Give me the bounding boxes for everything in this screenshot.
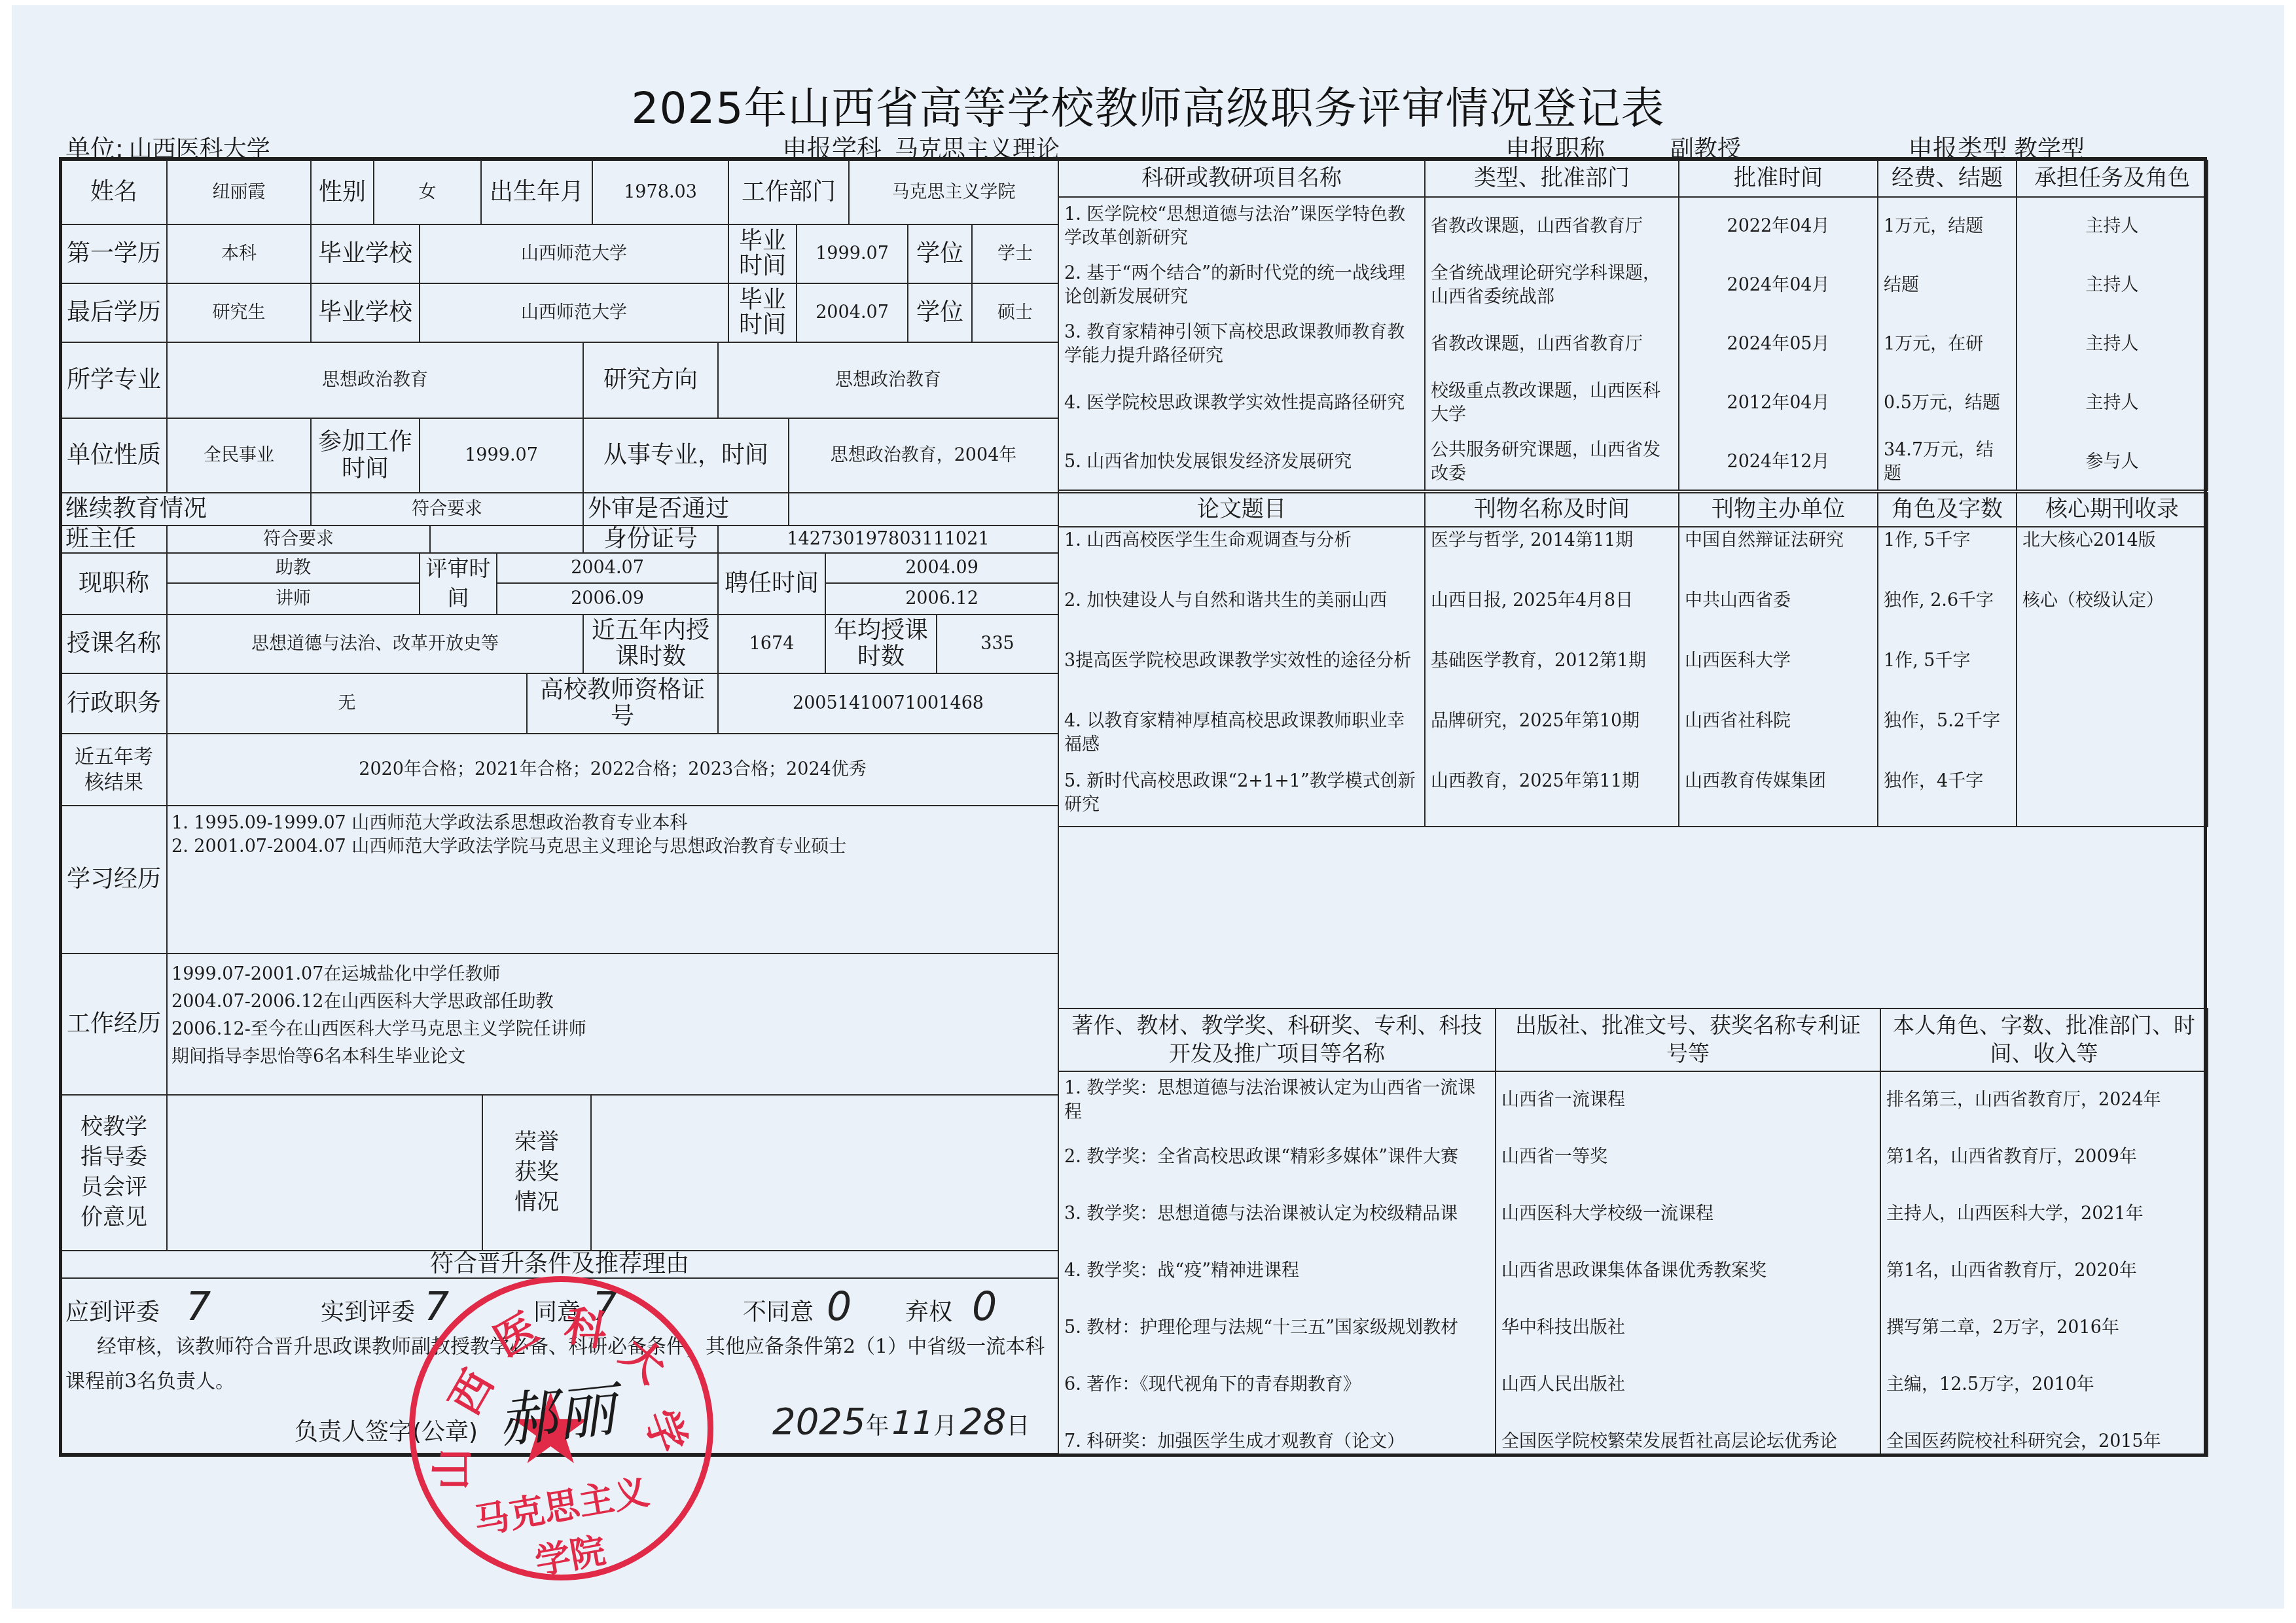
title-2-review: 2006.09 — [496, 582, 719, 615]
birth-label: 出生年月 — [480, 160, 593, 225]
first-grad-time-value: 1999.07 — [796, 224, 908, 284]
works-cell: 1. 教学奖：思想道德与法治课被认定为山西省一流课程 — [1060, 1073, 1494, 1128]
papers-cell: 3提高医学院校思政课教学实效性的途径分析 — [1060, 649, 1423, 705]
projects-cell: 2024年04月 — [1681, 258, 1876, 313]
projects-cell: 2022年04月 — [1681, 199, 1876, 254]
projects-cell: 结题 — [1880, 258, 2015, 313]
works-header: 出版社、批准文号、获奖名称专利证号等 — [1495, 1008, 1881, 1072]
seal-char: 医 — [481, 1295, 547, 1368]
avg-hours-value: 335 — [936, 614, 1059, 674]
current-title-label: 现职称 — [60, 552, 168, 615]
gender-label: 性别 — [310, 160, 374, 225]
apply-title-value: 副教授 — [1670, 136, 1741, 163]
abstain-label: 弃权 — [905, 1299, 952, 1326]
projects-cell: 5. 山西省加快发展银发经济发展研究 — [1060, 435, 1423, 490]
cont-edu-label: 继续教育情况 — [60, 492, 312, 526]
projects-cell: 主持人 — [2018, 317, 2206, 372]
works-cell: 山西省一等奖 — [1498, 1130, 1878, 1185]
honor-label: 荣誉获奖情况 — [482, 1094, 592, 1251]
external-review-value — [788, 492, 1059, 526]
last-edu-value: 研究生 — [166, 283, 312, 343]
papers-cell: 品牌研究，2025年第10期 — [1427, 709, 1677, 766]
projects-cell: 2012年04月 — [1681, 376, 1876, 431]
disagree-count: 0 — [827, 1284, 852, 1330]
apply-title-field: 申报职称副教授 — [1505, 128, 1741, 164]
papers-cell — [2018, 770, 2206, 826]
papers-header: 核心期刊收录 — [2016, 492, 2208, 527]
apply-type-field: 申报类型教学型 — [1908, 128, 2085, 164]
papers-header: 刊物主办单位 — [1678, 492, 1878, 527]
projects-cell: 2. 基于“两个结合”的新时代党的统一战线理论创新发展研究 — [1060, 258, 1423, 313]
projects-header: 批准时间 — [1678, 160, 1878, 198]
first-edu-value: 本科 — [166, 224, 312, 284]
works-cell: 华中科技出版社 — [1498, 1301, 1878, 1355]
five-year-hours-value: 1674 — [717, 614, 826, 674]
first-grad-time-label: 毕业时间 — [728, 224, 797, 284]
projects-cell: 校级重点教改课题，山西医科大学 — [1427, 376, 1677, 431]
seal-char: 西 — [432, 1357, 505, 1423]
five-year-hours-label: 近五年内授课时数 — [583, 614, 719, 674]
date-year: 2025 — [772, 1400, 866, 1443]
title-1-review: 2004.07 — [496, 552, 719, 584]
study-list: 1. 1995.09-1999.07 山西师范大学政法系思想政治教育专业本科 2… — [166, 805, 1059, 954]
title-1-hire: 2004.09 — [825, 552, 1059, 584]
papers-cell: 医学与哲学, 2014第11期 — [1427, 529, 1677, 585]
papers-cell: 5. 新时代高校思政课“2+1+1”教学模式创新研究 — [1060, 770, 1423, 826]
id-label: 身份证号 — [583, 525, 719, 554]
projects-cell: 1万元，在研 — [1880, 317, 2015, 372]
gender-value: 女 — [373, 160, 482, 225]
papers-cell: 1作, 5千字 — [1880, 529, 2015, 585]
last-degree-value: 硕士 — [971, 283, 1059, 343]
projects-cell: 主持人 — [2018, 199, 2206, 254]
works-cell: 3. 教学奖：思想道德与法治课被认定为校级精品课 — [1060, 1187, 1494, 1241]
works-cell: 7. 科研奖：加强医学生成才观教育（论文） — [1060, 1415, 1494, 1469]
cert-label: 高校教师资格证号 — [526, 673, 719, 734]
research-value: 思想政治教育 — [717, 342, 1059, 419]
projects-header: 承担任务及角色 — [2016, 160, 2208, 198]
projects-cell: 3. 教育家精神引领下高校思政课教师教育教学能力提升路径研究 — [1060, 317, 1423, 372]
unit-label: 单位: — [65, 134, 124, 163]
works-cell: 第1名，山西省教育厅，2020年 — [1882, 1244, 2206, 1298]
title-2-hire: 2006.12 — [825, 582, 1059, 615]
abstain-count: 0 — [972, 1284, 997, 1330]
name-value: 纽丽霞 — [166, 160, 312, 225]
major-value: 思想政治教育 — [166, 342, 584, 419]
admin-value: 无 — [166, 673, 528, 734]
profession-label: 从事专业，时间 — [583, 418, 789, 493]
seal-char: 科 — [560, 1292, 612, 1359]
abstain: 弃权0 — [905, 1284, 997, 1330]
work-list: 1999.07-2001.07在运城盐化中学任教师 2004.07-2006.1… — [166, 953, 1059, 1096]
should-attend: 应到评委7 — [65, 1284, 211, 1330]
first-school-label: 毕业学校 — [310, 224, 420, 284]
date-month: 11 — [892, 1404, 934, 1442]
seal-char: 学 — [633, 1400, 704, 1460]
projects-cell: 公共服务研究课题，山西省发改委 — [1427, 435, 1677, 490]
papers-cell: 4. 以教育家精神厚植高校思政课教师职业幸福感 — [1060, 709, 1423, 766]
review-time-label: 评审时间 — [419, 552, 497, 615]
id-value: 142730197803111021 — [717, 525, 1059, 554]
recommendation-header: 符合晋升条件及推荐理由 — [60, 1250, 1059, 1279]
last-grad-time-value: 2004.07 — [796, 283, 908, 343]
projects-cell: 参与人 — [2018, 435, 2206, 490]
committee-value — [166, 1094, 483, 1251]
last-school-value: 山西师范大学 — [419, 283, 729, 343]
attended: 实到评委7 — [321, 1284, 449, 1330]
first-edu-label: 第一学历 — [60, 224, 168, 284]
first-degree-value: 学士 — [971, 224, 1059, 284]
works-cell: 5. 教材：护理伦理与法规“十三五”国家级规划教材 — [1060, 1301, 1494, 1355]
papers-cell: 山西日报, 2025年4月8日 — [1427, 589, 1677, 645]
work-item: 2004.07-2006.12在山西医科大学思政部任助教 — [171, 988, 586, 1016]
papers-cell: 中国自然辩证法研究 — [1681, 529, 1876, 585]
month-char: 月 — [933, 1413, 957, 1440]
admin-label: 行政职务 — [60, 673, 168, 734]
works-cell: 全国医药院校社科研究会，2015年 — [1882, 1415, 2206, 1469]
papers-cell: 山西医科大学 — [1681, 649, 1876, 705]
subject-field: 申报学科马克思主义理论 — [782, 128, 1060, 164]
projects-cell: 2024年05月 — [1681, 317, 1876, 372]
papers-cell: 山西教育，2025年第11期 — [1427, 770, 1677, 826]
projects-header: 类型、批准部门 — [1424, 160, 1679, 198]
papers-cell: 2. 加快建设人与自然和谐共生的美丽山西 — [1060, 589, 1423, 645]
course-value: 思想道德与法治、改革开放史等 — [166, 614, 584, 674]
unit-field: 单位:山西医科大学 — [65, 128, 270, 164]
projects-header: 科研或教研项目名称 — [1058, 160, 1426, 198]
name-label: 姓名 — [60, 160, 168, 225]
seal-char: 大 — [610, 1321, 681, 1395]
sign-date: 2025年11月28日 — [772, 1400, 1030, 1443]
work-start-label: 参加工作时间 — [310, 418, 420, 493]
signature: 郝丽 — [493, 1362, 620, 1459]
head-teacher-blank — [429, 525, 584, 554]
projects-cell: 1万元，结题 — [1880, 199, 2015, 254]
year-char: 年 — [866, 1413, 889, 1440]
first-school-value: 山西师范大学 — [419, 224, 729, 284]
works-cell: 山西省思政课集体备课优秀教案奖 — [1498, 1244, 1878, 1298]
seal-char: 山 — [419, 1448, 479, 1490]
assessment-label: 近五年考核结果 — [60, 733, 168, 806]
disagree: 不同意0 — [743, 1284, 852, 1330]
papers-cell: 中共山西省委 — [1681, 589, 1876, 645]
study-label: 学习经历 — [60, 805, 168, 954]
disagree-label: 不同意 — [743, 1299, 814, 1326]
committee-label: 校教学指导委员会评价意见 — [60, 1094, 168, 1251]
date-day: 28 — [960, 1400, 1006, 1443]
last-edu-label: 最后学历 — [60, 283, 168, 343]
papers-cell: 独作，4千字 — [1880, 770, 2015, 826]
projects-cell: 4. 医学院校思政课教学实效性提高路径研究 — [1060, 376, 1423, 431]
page-title: 2025年山西省高等学校教师高级职务评审情况登记表 — [0, 73, 2296, 135]
should-attend-count: 7 — [186, 1284, 211, 1330]
papers-cell: 1作, 5千字 — [1880, 649, 2015, 705]
work-start-value: 1999.07 — [419, 418, 584, 493]
works-cell: 2. 教学奖：全省高校思政课“精彩多媒体”课件大赛 — [1060, 1130, 1494, 1185]
works-cell: 主持人，山西医科大学，2021年 — [1882, 1187, 2206, 1241]
projects-cell: 全省统战理论研究学科课题，山西省委统战部 — [1427, 258, 1677, 313]
projects-cell: 主持人 — [2018, 376, 2206, 431]
works-cell: 全国医学院校繁荣发展哲社高层论坛优秀论 — [1498, 1415, 1878, 1469]
unit-nature-value: 全民事业 — [166, 418, 312, 493]
apply-type-label: 申报类型 — [1908, 134, 2007, 163]
papers-cell — [2018, 649, 2206, 705]
first-degree-label: 学位 — [907, 224, 973, 284]
subject-label: 申报学科 — [782, 134, 882, 163]
works-header: 本人角色、字数、批准部门、时间、收入等 — [1880, 1008, 2208, 1072]
major-label: 所学专业 — [60, 342, 168, 419]
research-label: 研究方向 — [583, 342, 719, 419]
projects-cell: 1. 医学院校“思想道德与法治”课医学特色教学改革创新研究 — [1060, 199, 1423, 254]
works-header: 著作、教材、教学奖、科研奖、专利、科技开发及推广项目等名称 — [1058, 1008, 1496, 1072]
papers-header: 角色及字数 — [1877, 492, 2017, 527]
apply-title-label: 申报职称 — [1505, 134, 1605, 163]
day-char: 日 — [1006, 1413, 1030, 1440]
projects-cell: 2024年12月 — [1681, 435, 1876, 490]
should-attend-label: 应到评委 — [65, 1299, 160, 1326]
papers-cell: 山西省社科院 — [1681, 709, 1876, 766]
works-cell: 6. 著作：《现代视角下的青春期教育》 — [1060, 1358, 1494, 1412]
avg-hours-label: 年均授课时数 — [825, 614, 937, 674]
works-cell: 山西人民出版社 — [1498, 1358, 1878, 1412]
work-item: 2006.12-至今在山西医科大学马克思主义学院任讲师 — [171, 1016, 586, 1043]
papers-cell: 独作, 2.6千字 — [1880, 589, 2015, 645]
cont-edu-value: 符合要求 — [310, 492, 584, 526]
projects-cell: 主持人 — [2018, 258, 2206, 313]
papers-cell: 独作，5.2千字 — [1880, 709, 2015, 766]
honor-value — [590, 1094, 1059, 1251]
attended-count: 7 — [424, 1284, 449, 1330]
projects-cell: 省教改课题，山西省教育厅 — [1427, 317, 1677, 372]
work-item: 期间指导李思怡等6名本科生毕业论文 — [171, 1043, 586, 1071]
papers-header: 刊物名称及时间 — [1424, 492, 1679, 527]
assessment-value: 2020年合格；2021年合格；2022合格；2023合格；2024优秀 — [166, 733, 1059, 806]
title-1-name: 助教 — [166, 552, 420, 584]
works-cell: 主编，12.5万字，2010年 — [1882, 1358, 2206, 1412]
last-grad-time-label: 毕业时间 — [728, 283, 797, 343]
papers-header: 论文题目 — [1058, 492, 1426, 527]
study-item: 2. 2001.07-2004.07 山西师范大学政法学院马克思主义理论与思想政… — [171, 835, 846, 859]
papers-cell: 山西教育传媒集团 — [1681, 770, 1876, 826]
study-item: 1. 1995.09-1999.07 山西师范大学政法系思想政治教育专业本科 — [171, 811, 846, 835]
works-cell: 4. 教学奖：战“疫”精神进课程 — [1060, 1244, 1494, 1298]
papers-cell: 1. 山西高校医学生生命观调查与分析 — [1060, 529, 1423, 585]
dept-value: 马克思主义学院 — [848, 160, 1059, 225]
birth-value: 1978.03 — [592, 160, 729, 225]
apply-type-value: 教学型 — [2014, 136, 2085, 163]
last-school-label: 毕业学校 — [310, 283, 420, 343]
dept-label: 工作部门 — [728, 160, 850, 225]
profession-value: 思想政治教育，2004年 — [788, 418, 1059, 493]
work-label: 工作经历 — [60, 953, 168, 1096]
attended-label: 实到评委 — [321, 1299, 415, 1326]
title-2-name: 讲师 — [166, 582, 420, 615]
external-review-label: 外审是否通过 — [583, 492, 789, 526]
works-cell: 排名第三，山西省教育厅，2024年 — [1882, 1073, 2206, 1128]
unit-value: 山西医科大学 — [129, 136, 270, 163]
work-item: 1999.07-2001.07在运城盐化中学任教师 — [171, 961, 586, 988]
papers-cell: 基础医学教育，2012第1期 — [1427, 649, 1677, 705]
papers-cell: 北大核心2014版 — [2018, 529, 2206, 585]
hire-time-label: 聘任时间 — [717, 552, 826, 615]
unit-nature-label: 单位性质 — [60, 418, 168, 493]
projects-cell: 0.5万元，结题 — [1880, 376, 2015, 431]
works-cell: 山西医科大学校级一流课程 — [1498, 1187, 1878, 1241]
projects-cell: 34.7万元，结题 — [1880, 435, 2015, 490]
papers-cell: 核心（校级认定） — [2018, 589, 2206, 645]
head-teacher-label: 班主任 — [60, 525, 168, 554]
works-cell: 山西省一流课程 — [1498, 1073, 1878, 1128]
projects-cell: 省教改课题，山西省教育厅 — [1427, 199, 1677, 254]
projects-header: 经费、结题 — [1877, 160, 2017, 198]
works-cell: 第1名，山西省教育厅，2009年 — [1882, 1130, 2206, 1185]
works-cell: 撰写第二章，2万字，2016年 — [1882, 1301, 2206, 1355]
last-degree-label: 学位 — [907, 283, 973, 343]
subject-value: 马克思主义理论 — [895, 136, 1060, 163]
course-label: 授课名称 — [60, 614, 168, 674]
cert-value: 20051410071001468 — [717, 673, 1059, 734]
head-teacher-value: 符合要求 — [166, 525, 431, 554]
papers-cell — [2018, 709, 2206, 766]
